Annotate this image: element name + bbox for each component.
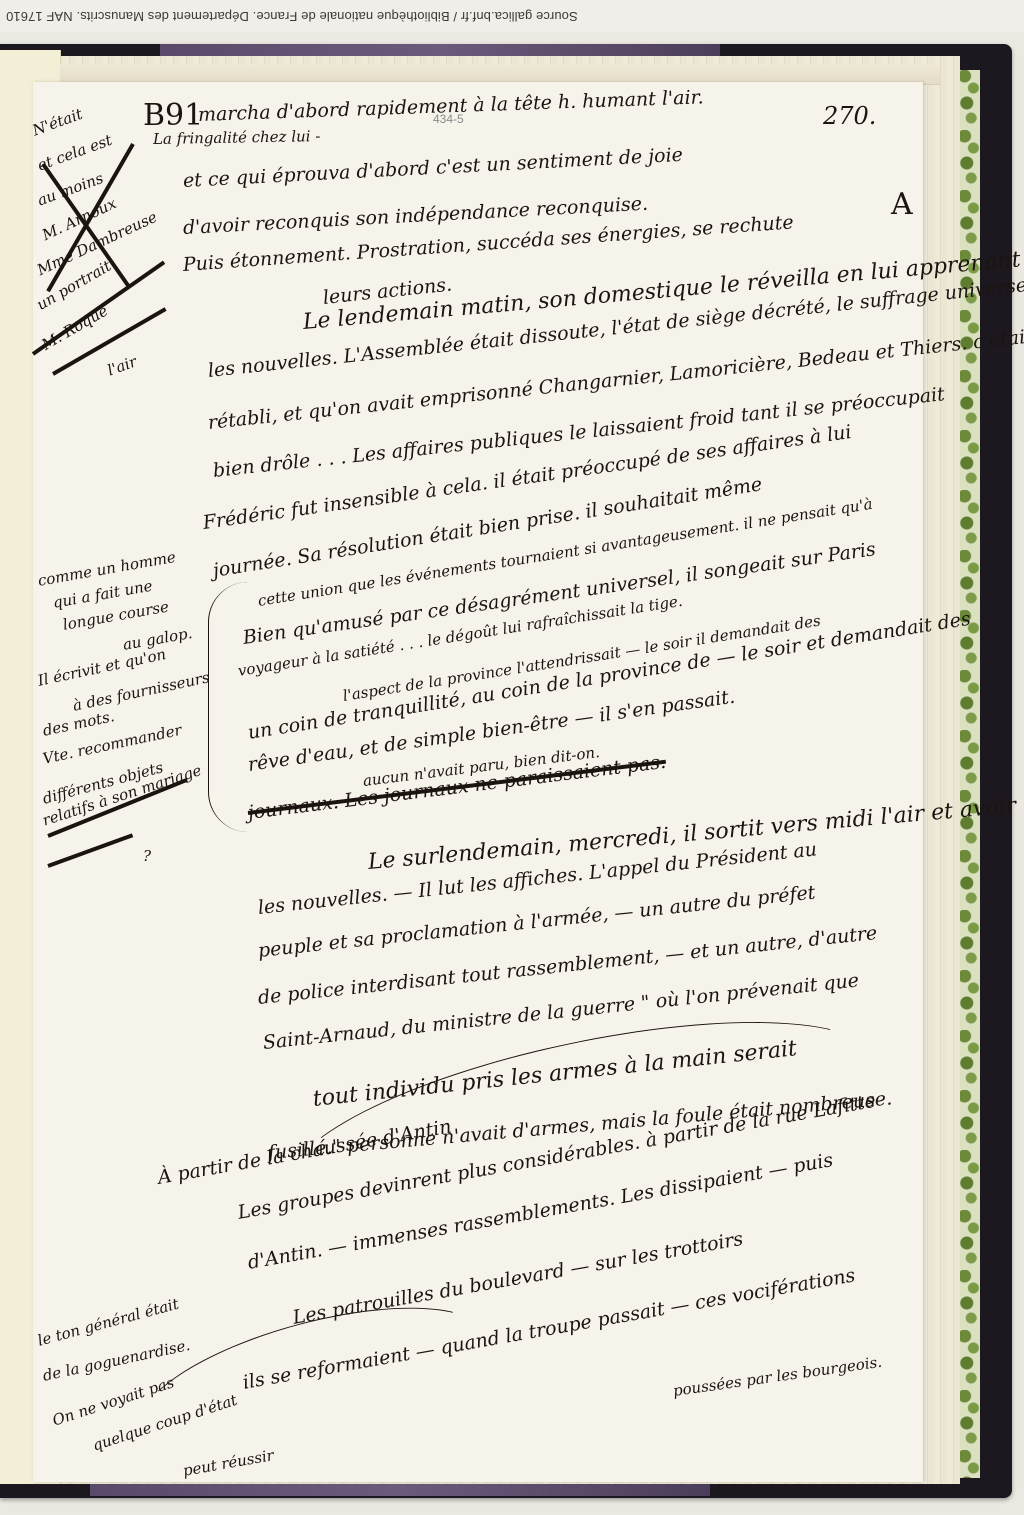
cross-out-stroke [47,833,133,868]
margin-block-crossed: N'était et cela est au moins M. Arnoux M… [33,122,183,392]
margin-block-middle: comme un homme qui a fait une longue cou… [33,572,223,872]
text-line: poussées par les bourgeois. [672,1353,883,1400]
manuscript-page: B91 434-5 270. A marcha d'abord rapideme… [33,82,923,1482]
binding-bottom-edge [90,1484,710,1496]
margin-note: ? [143,847,151,865]
text-line: et ce qui éprouva d'abord c'est un senti… [182,144,683,192]
source-bar: Source gallica.bnf.fr / Bibliothèque nat… [0,0,1024,32]
source-attribution: Source gallica.bnf.fr / Bibliothèque nat… [6,9,578,24]
insertion-marker-a: A [891,187,913,222]
margin-note: l'air [105,352,139,379]
binding-top-edge [160,44,720,56]
folio-number: 270. [823,102,876,130]
margin-note: N'était [30,105,85,140]
insertion-bracket [208,582,249,832]
